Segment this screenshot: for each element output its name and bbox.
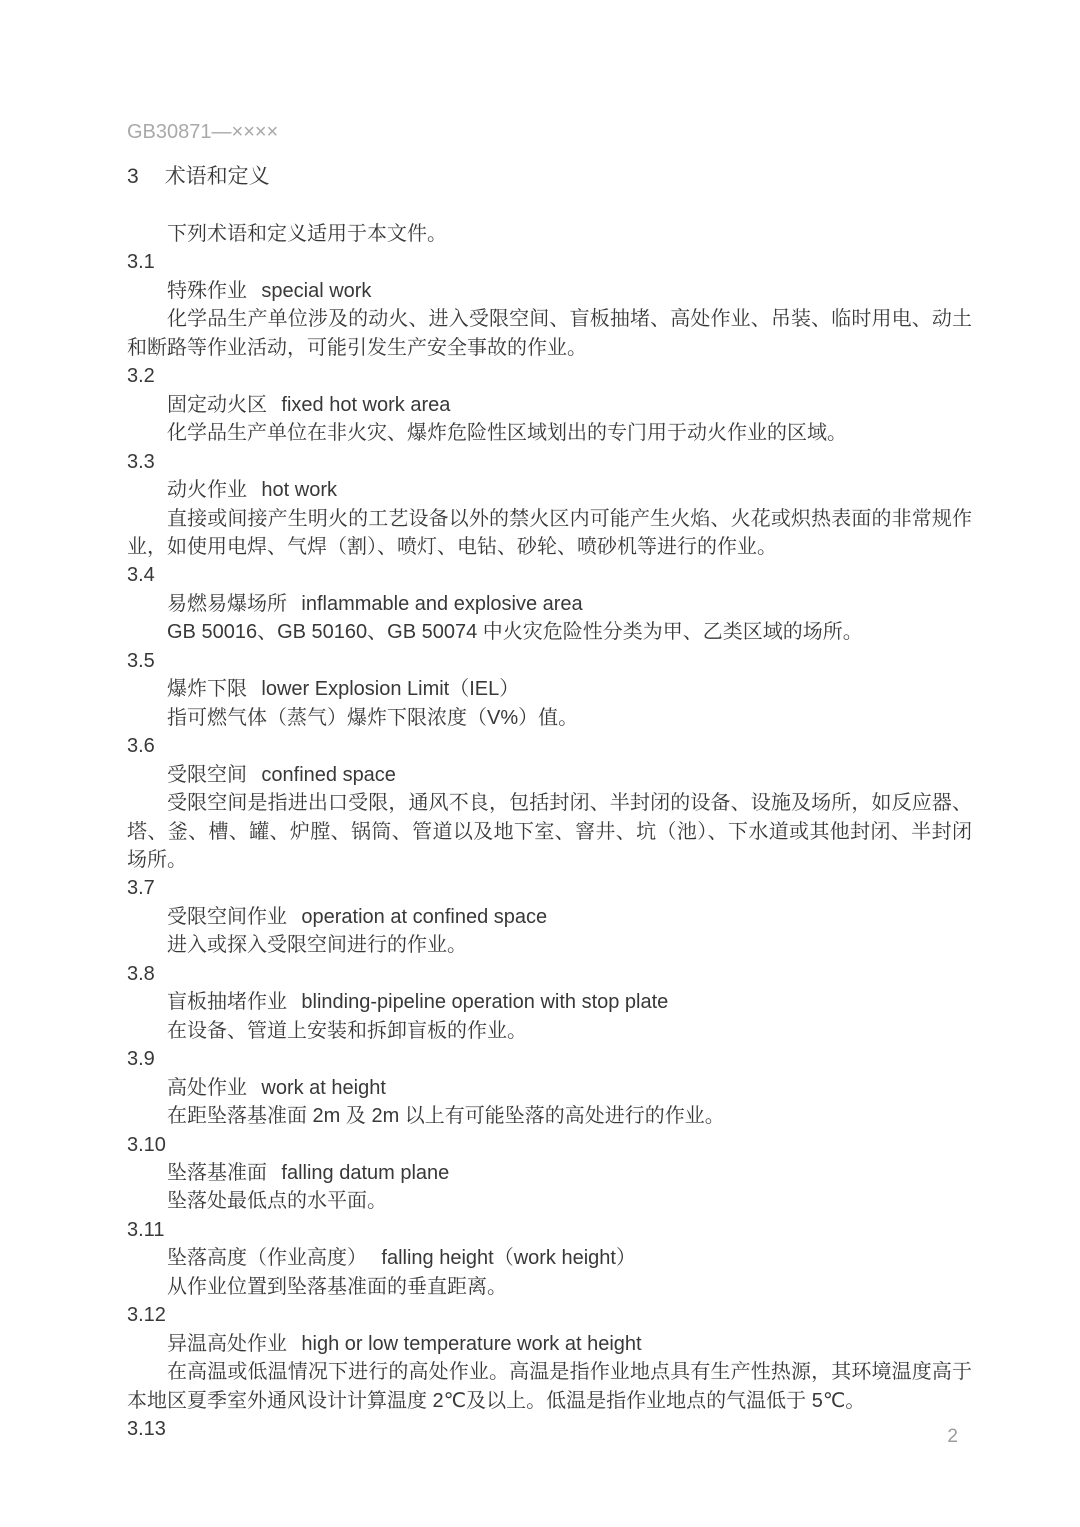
term-title: 动火作业hot work [127,476,972,504]
term-en: high or low temperature work at height [301,1333,641,1355]
term-en: confined space [261,764,396,786]
term-entry: 3.7 受限空间作业operation at confined space 进入… [127,874,972,959]
term-en: falling datum plane [281,1162,449,1184]
term-en: work at height [261,1077,386,1099]
term-en: blinding-pipeline operation with stop pl… [301,991,668,1013]
term-title: 坠落基准面falling datum plane [127,1159,972,1187]
term-title: 受限空间confined space [127,761,972,789]
term-title: 易燃易爆场所inflammable and explosive area [127,590,972,618]
section-title: 术语和定义 [165,165,270,188]
term-zh: 受限空间作业 [167,906,287,928]
term-entry: 3.2 固定动火区fixed hot work area 化学品生产单位在非火灾… [127,362,972,447]
term-number: 3.6 [127,732,972,760]
term-entry: 3.11 坠落高度（作业高度）falling height（work heigh… [127,1216,972,1301]
term-number: 3.1 [127,248,972,276]
term-entry: 3.1 特殊作业special work 化学品生产单位涉及的动火、进入受限空间… [127,248,972,362]
term-zh: 易燃易爆场所 [167,593,287,615]
term-en: falling height（work height） [381,1247,636,1269]
term-en: fixed hot work area [281,394,450,416]
document-page: GB30871—×××× 3术语和定义 下列术语和定义适用于本文件。 3.1 特… [0,0,1080,1527]
term-title: 异温高处作业high or low temperature work at he… [127,1330,972,1358]
term-number: 3.13 [127,1415,972,1443]
term-number: 3.5 [127,647,972,675]
term-zh: 坠落基准面 [167,1162,267,1184]
term-entry: 3.8 盲板抽堵作业blinding-pipeline operation wi… [127,960,972,1045]
term-definition: 从作业位置到坠落基准面的垂直距离。 [127,1273,972,1301]
term-zh: 盲板抽堵作业 [167,991,287,1013]
term-definition: 坠落处最低点的水平面。 [127,1187,972,1215]
term-entry: 3.5 爆炸下限lower Explosion Limit（IEL） 指可燃气体… [127,647,972,732]
term-zh: 固定动火区 [167,394,267,416]
term-definition: 在设备、管道上安装和拆卸盲板的作业。 [127,1017,972,1045]
term-number: 3.3 [127,448,972,476]
term-en: inflammable and explosive area [301,593,582,615]
term-en: operation at confined space [301,906,547,928]
term-title: 特殊作业special work [127,277,972,305]
intro-text: 下列术语和定义适用于本文件。 [127,220,972,248]
term-title: 高处作业work at height [127,1074,972,1102]
term-definition: 在距坠落基准面 2m 及 2m 以上有可能坠落的高处进行的作业。 [127,1102,972,1130]
term-en: special work [261,280,371,302]
term-number: 3.12 [127,1301,972,1329]
terms-list: 3.1 特殊作业special work 化学品生产单位涉及的动火、进入受限空间… [127,248,972,1443]
term-title: 盲板抽堵作业blinding-pipeline operation with s… [127,988,972,1016]
term-zh: 动火作业 [167,479,247,501]
term-title: 爆炸下限lower Explosion Limit（IEL） [127,675,972,703]
term-definition: GB 50016、GB 50160、GB 50074 中火灾危险性分类为甲、乙类… [127,618,972,646]
term-entry: 3.6 受限空间confined space 受限空间是指进出口受限，通风不良，… [127,732,972,874]
term-definition: 进入或探入受限空间进行的作业。 [127,931,972,959]
term-entry: 3.13 [127,1415,972,1443]
term-definition: 受限空间是指进出口受限，通风不良，包括封闭、半封闭的设备、设施及场所，如反应器、… [127,789,972,874]
term-entry: 3.12 异温高处作业high or low temperature work … [127,1301,972,1415]
term-definition: 化学品生产单位涉及的动火、进入受限空间、盲板抽堵、高处作业、吊装、临时用电、动土… [127,305,972,362]
term-number: 3.9 [127,1045,972,1073]
term-entry: 3.3 动火作业hot work 直接或间接产生明火的工艺设备以外的禁火区内可能… [127,448,972,562]
term-definition: 直接或间接产生明火的工艺设备以外的禁火区内可能产生火焰、火花或炽热表面的非常规作… [127,505,972,562]
term-entry: 3.4 易燃易爆场所inflammable and explosive area… [127,561,972,646]
term-zh: 高处作业 [167,1077,247,1099]
term-zh: 特殊作业 [167,280,247,302]
section-heading: 3术语和定义 [127,162,972,192]
term-title: 受限空间作业operation at confined space [127,903,972,931]
page-number: 2 [947,1423,958,1451]
term-number: 3.10 [127,1131,972,1159]
term-en: hot work [261,479,337,501]
term-zh: 受限空间 [167,764,247,786]
section-number: 3 [127,165,139,188]
term-number: 3.11 [127,1216,972,1244]
term-entry: 3.9 高处作业work at height 在距坠落基准面 2m 及 2m 以… [127,1045,972,1130]
term-title: 固定动火区fixed hot work area [127,391,972,419]
term-definition: 指可燃气体（蒸气）爆炸下限浓度（V%）值。 [127,704,972,732]
term-title: 坠落高度（作业高度）falling height（work height） [127,1244,972,1272]
term-definition: 在高温或低温情况下进行的高处作业。高温是指作业地点具有生产性热源，其环境温度高于… [127,1358,972,1415]
term-en: lower Explosion Limit（IEL） [261,678,519,700]
term-zh: 异温高处作业 [167,1333,287,1355]
term-entry: 3.10 坠落基准面falling datum plane 坠落处最低点的水平面… [127,1131,972,1216]
term-number: 3.8 [127,960,972,988]
term-definition: 化学品生产单位在非火灾、爆炸危险性区域划出的专门用于动火作业的区域。 [127,419,972,447]
term-number: 3.4 [127,561,972,589]
term-number: 3.7 [127,874,972,902]
term-number: 3.2 [127,362,972,390]
document-code: GB30871—×××× [127,118,972,146]
term-zh: 坠落高度（作业高度） [167,1247,367,1269]
term-zh: 爆炸下限 [167,678,247,700]
